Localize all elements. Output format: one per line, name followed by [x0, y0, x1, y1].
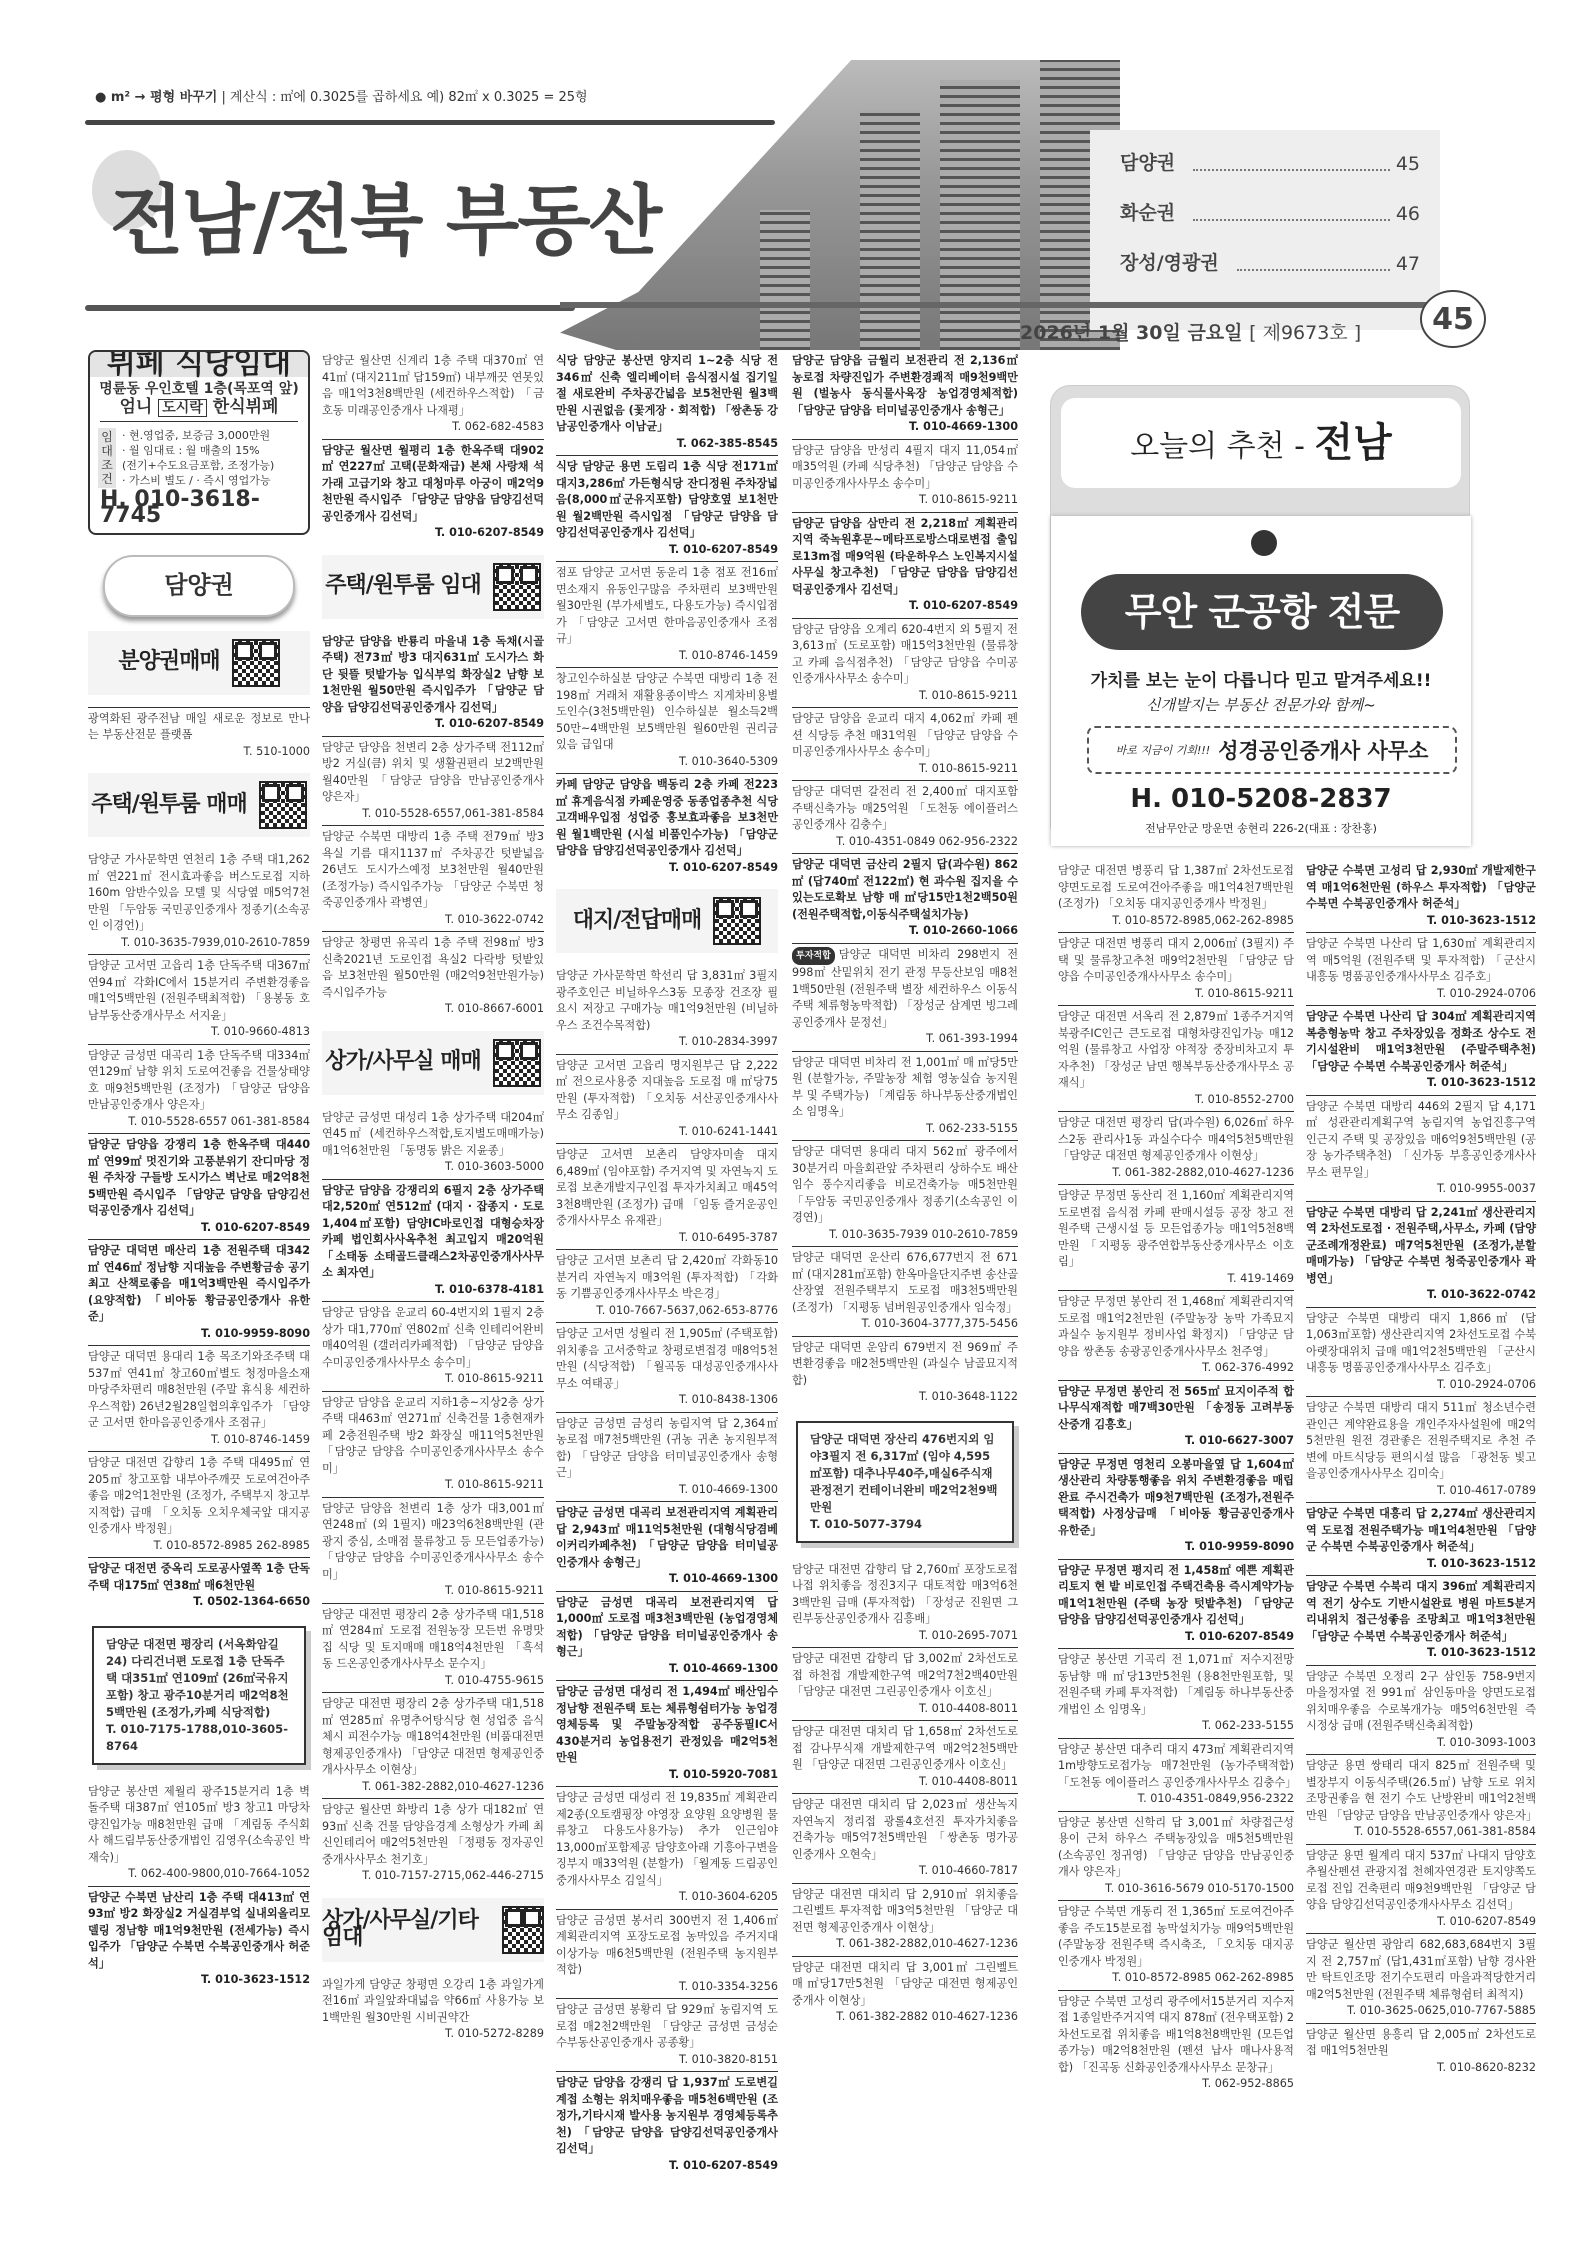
- listing-phone: T. 010-3635-7939 010-2610-7859: [792, 1227, 1018, 1244]
- listing: 담양군 대전면 대치리 답 3,001㎡ 그린벨트 매 ㎡당17만5천원 「담양…: [792, 1956, 1018, 2029]
- listing-phone: T. 010-3625-0625,010-7767-5885: [1306, 2003, 1536, 2020]
- listing-phone: T. 010-3604-3777,375-5456: [792, 1316, 1018, 1333]
- listing-text: 담양군 대전면 평장리 답(과수원) 6,026㎡ 하우스2동 관리사1동 과실…: [1058, 1116, 1294, 1162]
- listing-phone: T. 062-233-5155: [1058, 1718, 1294, 1735]
- listing-phone: T. 010-9959-8090: [1058, 1539, 1294, 1556]
- listing: 담양군 봉산면 제월리 광주15분거리 1층 벽돌주택 대387㎡ 연105㎡ …: [88, 1781, 310, 1886]
- listing-text: 담양군 고서면 보촌리 답 2,420㎡ 각화동10분거리 자연녹지 매3억원 …: [556, 1254, 778, 1300]
- listing-text: 담양군 대덕면 운산리 676,677번지 전 671㎡ (대지281㎡포함) …: [792, 1251, 1018, 1314]
- listing-phone: T. 010-5528-6557,061-381-8584: [1306, 1824, 1536, 1841]
- listing-phone: T. 010-3623-1512: [1306, 1556, 1536, 1573]
- boxed-listing: 담양군 대전면 평장리 (서옥화암길 24) 다리건너편 도로접 1층 단독주택…: [92, 1626, 306, 1765]
- date-rule: [560, 302, 1450, 308]
- pushpin-icon: [1251, 530, 1277, 556]
- listing-text: 담양군 무정면 동산리 전 1,160㎡ 계획관리지역 도로변접 음식점 카페 …: [1058, 1189, 1294, 1268]
- listing-text: 담양군 용면 월계리 대지 537㎡ 나대지 담양호 추월산펜션 관광지접 천혜…: [1306, 1849, 1536, 1912]
- listing: 담양군 용면 월계리 대지 537㎡ 나대지 담양호 추월산펜션 관광지접 천혜…: [1306, 1844, 1536, 1934]
- listing: 담양군 고서면 보촌리 담양자미솔 대지 6,489㎡ (임야포함) 주거지역 …: [556, 1143, 778, 1249]
- listing: 담양군 월산면 월평리 1층 한옥주택 대902㎡ 연227㎡ 고택(문화재급)…: [322, 439, 544, 545]
- listing: 식당 담양군 용면 도림리 1층 식당 전171㎡ 대지3,286㎡ 가든형식당…: [556, 455, 778, 561]
- header-rule: [85, 120, 775, 125]
- listing: 담양군 대전면 서옥리 전 2,879㎡ 1종주거지역 북광주IC인근 큰도로접…: [1058, 1005, 1294, 1111]
- listing-phone: T. 062-952-8865: [1058, 2076, 1294, 2093]
- listing: 담양군 대덕면 운암리 679번지 전 969㎡ 주변환경좋음 매2천5백만원 …: [792, 1336, 1018, 1409]
- listing: 담양군 대전면 대치리 답 1,658㎡ 2차선도로접 감나무식재 개발제한구역…: [792, 1720, 1018, 1793]
- listing-phone: T. 010-8615-9211: [322, 1583, 544, 1600]
- listing-text: 담양군 담양읍 운교리 지하1층~지상2층 상가 주택 대463㎡ 연271㎡ …: [322, 1396, 544, 1475]
- listing: 담양군 수북면 수북리 대지 396㎡ 계획관리지역 전기 상수도 기반시설완료…: [1306, 1575, 1536, 1665]
- recommend-ad: 오늘의 추천 - 전남 무안 군공항 전문 가치를 보는 눈이 다릅니다 믿고 …: [1050, 385, 1470, 845]
- buffet-phone: H. 010-3618-7745: [90, 488, 308, 533]
- listing: 담양군 금성면 대곡리 1층 단독주택 대334㎡ 연129㎡ 남향 위치 도로…: [88, 1044, 310, 1134]
- listing-phone: T. 010-6207-8549: [1058, 1629, 1294, 1646]
- listing-text: 담양군 대전면 갑향리 1층 주택 대495㎡ 연205㎡ 창고포함 내부아주깨…: [88, 1456, 310, 1535]
- listing-phone: T. 010-4408-8011: [792, 1774, 1018, 1791]
- listing: 담양군 대전면 병풍리 답 1,387㎡ 2차선도로접 양면도로접 도로여건아주…: [1058, 860, 1294, 932]
- listing: 담양군 무정면 평지리 전 1,458㎡ 예쁜 계획관리토지 현 밭 비로인접 …: [1058, 1559, 1294, 1649]
- listing-text: 담양군 금성면 대곡리 보전관리지역 계획관리 답 2,943㎡ 매11억5천만…: [556, 1506, 778, 1569]
- listing-text: 담양군 수북면 대방리 대지 1,866㎡ (답 1,063㎡포함) 생산관리지…: [1306, 1312, 1536, 1375]
- listing-phone: T. 010-9660-4813: [88, 1024, 310, 1041]
- listing: 담양군 대덕면 운산리 676,677번지 전 671㎡ (대지281㎡포함) …: [792, 1246, 1018, 1336]
- toc-item[interactable]: 담양권45: [1120, 148, 1420, 175]
- listing-phone: T. 010-6495-3787: [556, 1230, 778, 1247]
- listing: 담양군 대덕면 금산리 2필지 답(과수원) 862㎡ (답740㎡ 전122㎡…: [792, 853, 1018, 943]
- listing-phone: T. 010-8552-2700: [1058, 1092, 1294, 1109]
- listing: 담양군 대전면 평장리 2층 상가주택 대1,518㎡ 연285㎡ 유명추어탕식…: [322, 1692, 544, 1798]
- column-1: 뷔페 식당임대 명륜동 우인호텔 1층(목포역 앞) 엄니 도시락 한식뷔페 임…: [88, 350, 310, 1992]
- listing-text: 담양군 봉산면 제월리 광주15분거리 1층 벽돌주택 대387㎡ 연105㎡ …: [88, 1785, 310, 1864]
- listing-text: 담양군 대덕면 비차리 전 1,001㎡ 매 ㎡당5만원 (분할가능, 주말농장…: [792, 1056, 1018, 1119]
- qr-code-icon[interactable]: [259, 781, 307, 829]
- listing: 담양군 금성면 대성리 전 1,494㎡ 배산임수 정남향 전원주택 토는 체류…: [556, 1680, 778, 1786]
- listing-phone: T. 010-3623-1512: [1306, 1645, 1536, 1662]
- listing: 담양군 수북면 대방리 답 2,241㎡ 생산관리지역 2차선도로접 · 전원주…: [1306, 1201, 1536, 1307]
- listing: 점포 담양군 고서면 동운리 1층 점포 전16㎡ 면소재지 유동인구많음 주차…: [556, 561, 778, 667]
- listing: 담양군 무정면 봉안리 전 565㎡ 묘지이주적 합 나무식재적합 매7백30만…: [1058, 1380, 1294, 1453]
- listing-text: 담양군 고서면 고읍리 1층 단독주택 대367㎡ 연94㎡ 각화IC에서 15…: [88, 959, 310, 1022]
- listing-phone: T. 010-8572-8985,062-262-8985: [1058, 913, 1294, 930]
- listing-phone: T. 010-3622-0742: [322, 912, 544, 929]
- listing-text: 담양군 고서면 보촌리 담양자미솔 대지 6,489㎡ (임야포함) 주거지역 …: [556, 1148, 778, 1227]
- listing-text: 식당 담양군 용면 도림리 1층 식당 전171㎡ 대지3,286㎡ 가든형식당…: [556, 460, 778, 539]
- listing-phone: T. 010-6207-8549: [322, 525, 544, 542]
- listing: 담양군 무정면 영천리 오봉마을옆 답 1,604㎡ 생산관리 차량통행좋음 위…: [1058, 1453, 1294, 1559]
- listing: 담양군 대전면 대치리 답 2,023㎡ 생산녹지 자연녹지 정리접 광롤4호선…: [792, 1793, 1018, 1883]
- listing-phone: T. 010-6207-8549: [556, 2158, 778, 2175]
- listing: 담양군 가사문학면 연천리 1층 주택 대1,262㎡ 연221㎡ 전시효과좋음…: [88, 849, 310, 954]
- listing-text: 담양군 담양읍 운교리 대지 4,062㎡ 카페 펜션 식당등 추천 매31억원…: [792, 712, 1018, 758]
- listing-phone: T. 010-3820-8151: [556, 2052, 778, 2069]
- listing: 담양군 수북면 대방리 대지 1,866㎡ (답 1,063㎡포함) 생산관리지…: [1306, 1307, 1536, 1397]
- listing: 담양군 담양읍 강쟁리외 6필지 2층 상가주택 대2,520㎡ 연512㎡ (…: [322, 1179, 544, 1302]
- listing-phone: T. 010-6207-8549: [792, 598, 1018, 615]
- cond-item: · 월 임대료 : 월 매출의 15%: [122, 443, 274, 458]
- cond-item: (전기+수도요금포함, 조정가능): [122, 458, 274, 473]
- listing-phone: T. 010-3616-5679 010-5170-1500: [1058, 1881, 1294, 1898]
- listing-text: 담양군 대전면 대치리 답 3,001㎡ 그린벨트 매 ㎡당17만5천원 「담양…: [792, 1961, 1018, 2007]
- listing-phone: T. 010-5272-8289: [322, 2026, 544, 2043]
- listing-phone: T. 010-2660-1066: [792, 923, 1018, 940]
- column-3: 식당 담양군 봉산면 양지리 1~2층 식당 전346㎡ 신축 엘리베이터 음식…: [556, 350, 778, 2177]
- listing: 투자적합담양군 대덕면 비차리 298번지 전 998㎡ 산밑위치 전기 관정 …: [792, 943, 1018, 1051]
- listing: 담양군 금성면 대성리 전 19,835㎡ 계획관리제2종(오토캠핑장 야영장 …: [556, 1786, 778, 1909]
- column-2: 담양군 월산면 신계리 1층 주택 대370㎡ 연41㎡ (대지211㎡ 답15…: [322, 350, 544, 2046]
- listing-text: 담양군 수북면 개동리 전 1,365㎡ 도로여건아주좋음 주도15분로접 농막…: [1058, 1905, 1294, 1968]
- listing-phone: T. 010-3623-1512: [1306, 913, 1536, 930]
- recommend-slogan: 가치를 보는 눈이 다릅니다 믿고 맡겨주세요!!: [1051, 666, 1471, 691]
- investment-badge: 투자적합: [792, 947, 835, 966]
- listing-phone: T. 061-382-2882 010-4627-1236: [792, 2009, 1018, 2026]
- listing-phone: T. 010-3604-6205: [556, 1889, 778, 1906]
- listing-text: 담양군 대전면 평장리 2층 상가주택 대1,518㎡ 연285㎡ 유명추어탕식…: [322, 1697, 544, 1776]
- listing-phone: T. 010-4669-1300: [556, 1661, 778, 1678]
- listing-text: 담양군 금성면 대성리 1층 상가주택 대204㎡ 연45㎡ (세컨하우스적합,…: [322, 1111, 544, 1157]
- listing: 카페 담양군 담양읍 백동리 2층 카페 전223㎡ 휴게음식점 카페운영중 동…: [556, 773, 778, 879]
- listing: 담양군 대전면 대치리 답 2,910㎡ 위치좋음 그린벨트 투자적합 매3억5…: [792, 1883, 1018, 1956]
- listing-text: 담양군 봉산면 대추리 대지 473㎡ 계획관리지역 1m방향도로접가능 매7천…: [1058, 1743, 1296, 1789]
- listing-text: 담양군 가사문학면 연천리 1층 주택 대1,262㎡ 연221㎡ 전시효과좋음…: [88, 853, 310, 932]
- section-header-shop-rent: 상가/사무실/기타임대: [322, 1898, 544, 1962]
- listing-phone: T. 010-8746-1459: [88, 1432, 310, 1449]
- listing-phone: T. 010-8572-8985 262-8985: [88, 1538, 310, 1555]
- listing-text: 담양군 월산면 화방리 1층 상가 대182㎡ 연93㎡ 신축 건물 담양읍경계…: [322, 1803, 544, 1866]
- section-header-house-sale: 주택/원투룸 매매: [88, 773, 310, 837]
- listing-text: 담양군 담양읍 운교리 60-4번지외 1필지 2층 상가 대1,770㎡ 연8…: [322, 1306, 544, 1369]
- listing-phone: T. 010-3623-1512: [1306, 1075, 1536, 1092]
- listing: 담양군 담양읍 운교리 60-4번지외 1필지 2층 상가 대1,770㎡ 연8…: [322, 1301, 544, 1391]
- section-header-house-rent: 주택/원투룸 임대: [322, 555, 544, 619]
- listing: 담양군 수북면 오정리 2구 삼인동 758-9번지 마을정자옆 전 991㎡ …: [1306, 1665, 1536, 1755]
- listing-text: 담양군 금성면 봉황리 답 929㎡ 농림지역 도로접 매2천2백만원 「담양군…: [556, 2003, 778, 2049]
- listing-phone: T. 010-6378-4181: [322, 1282, 544, 1299]
- listing-text: 담양군 담양읍 만성리 4필지 대지 11,054㎡ 매35억원 (카페 식당추…: [792, 444, 1018, 490]
- listing: 담양군 금성면 봉서리 300번지 전 1,406㎡ 계획관리지역 포장도로접 …: [556, 1909, 778, 1999]
- qr-code-icon[interactable]: [493, 1039, 541, 1087]
- listing-text: 담양군 대덕면 갈전리 전 2,400㎡ 대지포함 주택신축가능 매25억원 「…: [792, 785, 1018, 831]
- listing-phone: T. 010-8746-1459: [556, 648, 778, 665]
- listing-text: 창고인수하실분 담양군 수북면 대방리 1층 전198㎡ 거래처 재활용종이박스…: [556, 672, 778, 751]
- listing-phone: T. 061-382-2882,010-4627-1236: [1058, 1165, 1294, 1182]
- listing-text: 담양군 수북면 대방리 답 2,241㎡ 생산관리지역 2차선도로접 · 전원주…: [1306, 1206, 1536, 1285]
- listing-text: 담양군 대전면 갑향리 답 2,760㎡ 포장도로접 나접 위치좋음 정진3지구…: [792, 1563, 1018, 1626]
- recommend-banner: 무안 군공항 전문: [1081, 574, 1443, 650]
- qr-code-icon[interactable]: [502, 1906, 544, 1954]
- listing-phone: T. 010-6207-8549: [556, 860, 778, 877]
- listing-text: 담양군 무정면 봉안리 전 1,468㎡ 계획관리지역 도로접 매1억2천만원 …: [1058, 1295, 1294, 1358]
- listing: 담양군 금성면 금성리 농림지역 답 2,364㎡ 농로접 매7천5백만원 (귀…: [556, 1412, 778, 1502]
- listing: 담양군 수북면 대방리 대지 511㎡ 청소년수련관인근 계약완료용을 개인주자…: [1306, 1396, 1536, 1502]
- listing-phone: T. 062-682-4583: [322, 419, 544, 436]
- listing: 담양군 담양읍 금월리 보전관리 전 2,136㎡ 농로접 차량진입가 주변환경…: [792, 350, 1018, 439]
- listing: 담양군 담양읍 천변리 2층 상가주택 전112㎡ 방2 거실(큼) 위치 및 …: [322, 736, 544, 826]
- listing-phone: T. 010-3648-1122: [792, 1389, 1018, 1406]
- toc-item[interactable]: 화순권46: [1120, 198, 1420, 225]
- listing: 담양군 월산면 화방리 1층 상가 대182㎡ 연93㎡ 신축 건물 담양읍경계…: [322, 1798, 544, 1888]
- listing-phone: T. 010-7667-5637,062-653-8776: [556, 1303, 778, 1320]
- listing: 담양군 대전면 갑향리 답 2,760㎡ 포장도로접 나접 위치좋음 정진3지구…: [792, 1559, 1018, 1648]
- listing-phone: T. 010-4660-7817: [792, 1863, 1018, 1880]
- listing-text: 담양군 금성면 대성리 전 1,494㎡ 배산임수 정남향 전원주택 토는 체류…: [556, 1685, 778, 1764]
- listing-text: 담양군 용면 쌍태리 대지 825㎡ 전원주택 및 별장부지 이동식주택(26.…: [1306, 1759, 1537, 1822]
- listing: 담양군 수북면 개동리 전 1,365㎡ 도로여건아주좋음 주도15분로접 농막…: [1058, 1900, 1294, 1990]
- listing: 담양군 고서면 성월리 전 1,905㎡ (주택포함) 위치좋음 고서중학교 창…: [556, 1322, 778, 1412]
- listing: 담양군 고서면 보촌리 답 2,420㎡ 각화동10분거리 자연녹지 매3억원 …: [556, 1249, 778, 1322]
- page-title: 전남/전북 부동산: [110, 160, 660, 269]
- recommend-subslogan: 신개발지는 부동산 전문가와 함께~: [1051, 694, 1471, 715]
- listing: 담양군 대전면 평장리 2층 상가주택 대1,518㎡ 연284㎡ 도로접 전원…: [322, 1603, 544, 1693]
- listing-phone: T. 010-7157-2715,062-446-2715: [322, 1868, 544, 1885]
- listing-text: 담양군 대덕면 매산리 1층 전원주택 대342㎡ 연46㎡ 정남향 지대높음 …: [88, 1244, 310, 1323]
- listing-phone: T. 010-6241-1441: [556, 1124, 778, 1141]
- listing-text: 담양군 대전면 중옥리 도로공사옆쪽 1층 단독주택 대175㎡ 연38㎡ 매6…: [88, 1562, 310, 1592]
- page-number: 45: [1420, 290, 1486, 348]
- listing-text: 담양군 고서면 고읍리 명지원부근 답 2,222㎡ 전으로사용중 지대높음 도…: [556, 1059, 778, 1122]
- listing-text: 담양군 담양읍 강쟁리 답 1,937㎡ 도로변길 계접 소형는 위치매우좋음 …: [556, 2076, 778, 2155]
- listing: 담양군 용면 쌍태리 대지 825㎡ 전원주택 및 별장부지 이동식주택(26.…: [1306, 1754, 1536, 1844]
- listing-phone: T. 010-4351-0849 062-956-2322: [792, 834, 1018, 851]
- listing-phone: T. 010-8615-9211: [1058, 986, 1294, 1003]
- listing-phone: T. 010-2695-7071: [792, 1628, 1018, 1645]
- cond-tag: 임대조건: [98, 428, 116, 488]
- listing: 담양군 담양읍 삼만리 전 2,218㎡ 계획관리지역 죽녹원후문~메타프로방스…: [792, 512, 1018, 618]
- listing-text: 담양군 대덕면 용대리 대지 562㎡ 광주에서 30분거리 마을회관앞 주차편…: [792, 1145, 1018, 1224]
- cond-item: · 현.영업중, 보증금 3,000만원: [122, 428, 274, 443]
- listing-text: 담양군 담양읍 오계리 620-4번지 외 5필지 전 3,613㎡ (도로포함…: [792, 623, 1018, 686]
- listing: 담양군 대전면 갑향리 1층 주택 대495㎡ 연205㎡ 창고포함 내부아주깨…: [88, 1451, 310, 1557]
- conversion-note: ● m² → 평형 바꾸기 | 계산식 : ㎡에 0.3025를 곱하세요 예)…: [95, 86, 588, 105]
- listing-phone: T. 010-4617-0789: [1306, 1483, 1536, 1500]
- listing: 담양군 창평면 유곡리 1층 주택 전98㎡ 방3 신축2021년 도로인접 욕…: [322, 931, 544, 1021]
- listing: 담양군 담양읍 운교리 대지 4,062㎡ 카페 펜션 식당등 추천 매31억원…: [792, 707, 1018, 780]
- qr-code-icon[interactable]: [713, 897, 761, 945]
- listing: 담양군 수북면 대흥리 답 2,274㎡ 생산관리지역 도로접 전원주택가능 매…: [1306, 1502, 1536, 1575]
- listing-phone: T. 010-4408-8011: [792, 1701, 1018, 1718]
- listing-text: 담양군 금성면 봉서리 300번지 전 1,406㎡ 계획관리지역 포장도로접 …: [556, 1914, 778, 1977]
- listing-phone: T. 062-376-4992: [1058, 1360, 1294, 1377]
- listing-phone: T. 010-8615-9211: [792, 492, 1018, 509]
- column-5: 담양군 대전면 병풍리 답 1,387㎡ 2차선도로접 양면도로접 도로여건아주…: [1058, 860, 1294, 2096]
- listing-phone: T. 061-382-2882,010-4627-1236: [792, 1936, 1018, 1953]
- listing-text: 담양군 대전면 병풍리 답 1,387㎡ 2차선도로접 양면도로접 도로여건아주…: [1058, 864, 1294, 910]
- listing-phone: T. 061-393-1994: [792, 1031, 1018, 1048]
- listing-text: 담양군 담양읍 강쟁리외 6필지 2층 상가주택 대2,520㎡ 연512㎡ (…: [322, 1184, 544, 1280]
- listing-phone: T. 010-8572-8985 062-262-8985: [1058, 1970, 1294, 1987]
- listing-text: 담양군 수북면 대방리 446외 2필지 답 4,171㎡ 성관관리계획구역 농…: [1306, 1100, 1536, 1179]
- listing: 담양군 금성면 대성리 1층 상가주택 대204㎡ 연45㎡ (세컨하우스적합,…: [322, 1107, 544, 1179]
- listing-phone: T. 010-4755-9615: [322, 1673, 544, 1690]
- listing-phone: T. 010-6207-8549: [556, 542, 778, 559]
- listing-phone: T. 0502-1364-6650: [88, 1594, 310, 1611]
- listing: 담양군 무정면 동산리 전 1,160㎡ 계획관리지역 도로변접 음식점 카페 …: [1058, 1184, 1294, 1290]
- listing-text: 담양군 무정면 봉안리 전 565㎡ 묘지이주적 합 나무식재적합 매7백30만…: [1058, 1385, 1294, 1431]
- qr-code-icon[interactable]: [493, 563, 541, 611]
- qr-code-icon[interactable]: [232, 639, 280, 687]
- listing-phone: T. 010-6627-3007: [1058, 1433, 1294, 1450]
- listing-text: 담양군 금성면 대곡리 1층 단독주택 대334㎡ 연129㎡ 남향 위치 도로…: [88, 1049, 310, 1112]
- listing-text: 담양군 대덕면 금산리 2필지 답(과수원) 862㎡ (답740㎡ 전122㎡…: [792, 858, 1018, 921]
- listing-text: 담양군 고서면 성월리 전 1,905㎡ (주택포함) 위치좋음 고서중학교 창…: [556, 1327, 778, 1390]
- listing-phone: T. 010-5528-6557 061-381-8584: [88, 1114, 310, 1131]
- listing-phone: T. 010-8667-6001: [322, 1001, 544, 1018]
- listing: 담양군 고서면 고읍리 명지원부근 답 2,222㎡ 전으로사용중 지대높음 도…: [556, 1054, 778, 1144]
- listing-text: 담양군 담양읍 반룡리 마을내 1층 독채(시골주택) 전73㎡ 방3 대지63…: [322, 635, 544, 714]
- listing-text: 담양군 수북면 대방리 1층 주택 전79㎡ 방3 욕실 기름 대지1137㎡ …: [322, 830, 544, 909]
- column-6: 담양군 수북면 고성리 답 2,930㎡ 개발제한구역 매1억6천만원 (하우스…: [1306, 860, 1536, 2079]
- listing-phone: T. 010-8615-9211: [792, 688, 1018, 705]
- listing-phone: T. 010-4669-1300: [556, 1571, 778, 1588]
- listing-text: 담양군 대전면 대치리 답 2,023㎡ 생산녹지 자연녹지 정리접 광롤4호선…: [792, 1798, 1018, 1861]
- listing: 담양군 대덕면 비차리 전 1,001㎡ 매 ㎡당5만원 (분할가능, 주말농장…: [792, 1051, 1018, 1141]
- listing: 담양군 봉산면 기곡리 전 1,071㎡ 저수지전망 동남향 매 ㎡당13만5천…: [1058, 1648, 1294, 1738]
- office-box: 바로 지금이 기회!!!성경공인중개사 사무소: [1087, 726, 1457, 774]
- listing: 담양군 담양읍 강쟁리 답 1,937㎡ 도로변길 계접 소형는 위치매우좋음 …: [556, 2071, 778, 2177]
- listing-text: 담양군 담양읍 강쟁리 1층 한옥주택 대440㎡ 연99㎡ 멋진기와 고풍분위…: [88, 1138, 310, 1217]
- listing-text: 담양군 금성면 대곡리 보전관리지역 답 1,000㎡ 도로접 매3천3백만원 …: [556, 1596, 778, 1659]
- listing: 담양군 월산면 용흥리 답 2,005㎡ 2차선도로접 매1억5천만원T. 01…: [1306, 2023, 1536, 2080]
- listing: 담양군 수북면 대방리 1층 주택 전79㎡ 방3 욕실 기름 대지1137㎡ …: [322, 825, 544, 931]
- boxed-listing: 담양군 대덕면 장산리 476번지외 임야3필지 전 6,317㎡ (임야 4,…: [796, 1421, 1014, 1543]
- listing-phone: T. 010-9955-0037: [1306, 1181, 1536, 1198]
- recommend-board: 무안 군공항 전문 가치를 보는 눈이 다릅니다 믿고 맡겨주세요!! 신개발지…: [1051, 516, 1471, 846]
- listing-phone: T. 010-2924-0706: [1306, 1377, 1536, 1394]
- listing: 담양군 수북면 고성리 답 2,930㎡ 개발제한구역 매1억6천만원 (하우스…: [1306, 860, 1536, 932]
- listing: 담양군 담양읍 오계리 620-4번지 외 5필지 전 3,613㎡ (도로포함…: [792, 618, 1018, 708]
- listing-text: 담양군 무정면 평지리 전 1,458㎡ 예쁜 계획관리토지 현 밭 비로인접 …: [1058, 1564, 1294, 1627]
- buffet-brand: 엄니 도시락 한식뷔페: [100, 397, 298, 422]
- listing-text: 담양군 대덕면 운암리 679번지 전 969㎡ 주변환경좋음 매2천5백만원 …: [792, 1341, 1018, 1387]
- listing-text: 담양군 담양읍 천변리 2층 상가주택 전112㎡ 방2 거실(큼) 위치 및 …: [322, 741, 544, 804]
- listing-text: 담양군 수북면 고성리 답 2,930㎡ 개발제한구역 매1억6천만원 (하우스…: [1306, 864, 1536, 910]
- office-phone: H. 010-5208-2837: [1051, 784, 1471, 814]
- listing-phone: T. 010-5920-7081: [556, 1767, 778, 1784]
- listing: 담양군 담양읍 반룡리 마을내 1층 독채(시골주택) 전73㎡ 방3 대지63…: [322, 631, 544, 736]
- listing-text: 담양군 봉산면 기곡리 전 1,071㎡ 저수지전망 동남향 매 ㎡당13만5천…: [1058, 1653, 1294, 1716]
- listing: 담양군 월산면 신계리 1층 주택 대370㎡ 연41㎡ (대지211㎡ 답15…: [322, 350, 544, 439]
- listing-text: 담양군 대전면 병풍리 대지 2,006㎡ (3필지) 주택 및 물류창고추천 …: [1058, 937, 1294, 983]
- listing: 담양군 금성면 봉황리 답 929㎡ 농림지역 도로접 매2천2백만원 「담양군…: [556, 1998, 778, 2071]
- section-header-shop-sale: 상가/사무실 매매: [322, 1031, 544, 1095]
- listing-text: 담양군 수북면 나산리 답 1,630㎡ 계획관리지역 매5억원 (전원주택 및…: [1306, 937, 1536, 983]
- listing: 담양군 수북면 나산리 답 304㎡ 계획관리지역 복층형농막 창고 주차장있음…: [1306, 1005, 1536, 1095]
- listing-text: 담양군 월산면 신계리 1층 주택 대370㎡ 연41㎡ (대지211㎡ 답15…: [322, 354, 544, 417]
- listing: 담양군 대덕면 용대리 1층 목조기와조주택 대537㎡ 연41㎡ 창고60㎡별…: [88, 1345, 310, 1451]
- listing-phone: T. 062-400-9800,010-7664-1052: [88, 1866, 310, 1883]
- listing: 담양군 수북면 남산리 1층 주택 대413㎡ 연93㎡ 방2 화장실2 거실겸…: [88, 1886, 310, 1992]
- listing-phone: T. 010-3640-5309: [556, 754, 778, 771]
- listing-phone: T. 010-6207-8549: [88, 1220, 310, 1237]
- listing-text: 담양군 창평면 유곡리 1층 주택 전98㎡ 방3 신축2021년 도로인접 욕…: [322, 936, 544, 999]
- listing: 담양군 월산면 광암리 682,683,684번지 3필지 전 2,757㎡ (…: [1306, 1933, 1536, 2023]
- listing-text: 담양군 수북면 수북리 대지 396㎡ 계획관리지역 전기 상수도 기반시설완료…: [1306, 1580, 1536, 1643]
- listing-phone: T. 010-3623-1512: [88, 1972, 310, 1989]
- listing-text: 담양군 대전면 대치리 답 2,910㎡ 위치좋음 그린벨트 투자적합 매3억5…: [792, 1888, 1018, 1934]
- listing-phone: T. 010-8615-9211: [792, 761, 1018, 778]
- listing-text: 담양군 금성면 금성리 농림지역 답 2,364㎡ 농로접 매7천5백만원 (귀…: [556, 1417, 778, 1480]
- listing: 담양군 고서면 고읍리 1층 단독주택 대367㎡ 연94㎡ 각화IC에서 15…: [88, 954, 310, 1044]
- listing: 담양군 대덕면 용대리 대지 562㎡ 광주에서 30분거리 마을회관앞 주차편…: [792, 1140, 1018, 1246]
- listing-text: 담양군 수북면 남산리 1층 주택 대413㎡ 연93㎡ 방2 화장실2 거실겸…: [88, 1891, 310, 1970]
- listing-phone: T. 010-8615-9211: [322, 1371, 544, 1388]
- listing-phone: T. 010-6207-8549: [1306, 1914, 1536, 1931]
- listing-text: 식당 담양군 봉산면 양지리 1~2층 식당 전346㎡ 신축 엘리베이터 음식…: [556, 354, 778, 433]
- listing: 담양군 대전면 평장리 답(과수원) 6,026㎡ 하우스2동 관리사1동 과실…: [1058, 1111, 1294, 1184]
- listing-phone: T. 010-3635-7939,010-2610-7859: [88, 935, 310, 952]
- listing: 담양군 금성면 대곡리 보전관리지역 답 1,000㎡ 도로접 매3천3백만원 …: [556, 1591, 778, 1681]
- listing-text: 담양군 가사문학면 학선리 답 3,831㎡ 3필지 광주호인근 비닐하우스3동…: [556, 969, 778, 1032]
- listing: 담양군 대전면 병풍리 대지 2,006㎡ (3필지) 주택 및 물류창고추천 …: [1058, 932, 1294, 1005]
- listing-text: 담양군 대전면 대치리 답 1,658㎡ 2차선도로접 감나무식재 개발제한구역…: [792, 1725, 1018, 1771]
- buffet-title: 뷔페 식당임대: [90, 352, 308, 377]
- rent-conditions: 임대조건 · 현.영업중, 보증금 3,000만원 · 월 임대료 : 월 매출…: [90, 422, 308, 488]
- listing-phone: T. 010-2834-3997: [556, 1034, 778, 1051]
- section-header-land-sale: 대지/전답매매: [556, 889, 778, 953]
- listing: 담양군 봉산면 대추리 대지 473㎡ 계획관리지역 1m방향도로접가능 매7천…: [1058, 1738, 1294, 1811]
- header-rule-bottom: [85, 305, 575, 311]
- listing-phone: T. 010-5528-6557,061-381-8584: [322, 806, 544, 823]
- listing-phone: T. 010-8620-8232: [1306, 2060, 1536, 2077]
- listing: 담양군 대전면 갑향리 답 3,002㎡ 2차선도로접 하천접 개발제한구역 매…: [792, 1647, 1018, 1720]
- listing-text: 담양군 수북면 고성리 광주에서15분거리 지수저접 1종일반주거지역 대지 8…: [1058, 1995, 1294, 2074]
- listing-text: 담양군 대전면 서옥리 전 2,879㎡ 1종주거지역 북광주IC인근 큰도로접…: [1058, 1010, 1294, 1089]
- listing: 담양군 담양읍 강쟁리 1층 한옥주택 대440㎡ 연99㎡ 멋진기와 고풍분위…: [88, 1133, 310, 1239]
- region-button-damyang[interactable]: 담양권: [103, 555, 295, 617]
- listing: 담양군 수북면 대방리 446외 2필지 답 4,171㎡ 성관관리계획구역 농…: [1306, 1095, 1536, 1201]
- listing-phone: T. 062-233-5155: [792, 1121, 1018, 1138]
- listing-phone: T. 010-3354-3256: [556, 1979, 778, 1996]
- listing: 담양군 대전면 중옥리 도로공사옆쪽 1층 단독주택 대175㎡ 연38㎡ 매6…: [88, 1557, 310, 1614]
- section-header-presale: 분양권매매: [88, 631, 310, 695]
- listing: 담양군 대덕면 갈전리 전 2,400㎡ 대지포함 주택신축가능 매25억원 「…: [792, 780, 1018, 853]
- listing-text: 담양군 금성면 대성리 전 19,835㎡ 계획관리제2종(오토캠핑장 야영장 …: [556, 1791, 778, 1887]
- listing: 담양군 봉산면 신학리 답 3,001㎡ 차량접근성 용이 근처 하우스 주택농…: [1058, 1811, 1294, 1901]
- listing: 담양군 금성면 대곡리 보전관리지역 계획관리 답 2,943㎡ 매11억5천만…: [556, 1501, 778, 1591]
- cond-item: · 가스비 별도 / · 즉시 영업가능: [122, 473, 274, 488]
- listing-text: 담양군 대전면 갑향리 답 3,002㎡ 2차선도로접 하천접 개발제한구역 매…: [792, 1652, 1018, 1698]
- listing-text: 과일가게 담양군 창평면 오강리 1층 과일가게 전16㎡ 과일앞좌대넓음 약6…: [322, 1978, 544, 2024]
- listing-text: 담양군 담양읍 천변리 1층 상가 대3,001㎡ 연248㎡ (외 1필지) …: [322, 1502, 544, 1581]
- buffet-ad: 뷔페 식당임대 명륜동 우인호텔 1층(목포역 앞) 엄니 도시락 한식뷔페 임…: [88, 350, 310, 535]
- listing-text: 담양군 무정면 영천리 오봉마을옆 답 1,604㎡ 생산관리 차량통행좋음 위…: [1058, 1458, 1294, 1537]
- listing: 담양군 담양읍 만성리 4필지 대지 11,054㎡ 매35억원 (카페 식당추…: [792, 439, 1018, 512]
- listing-text: 카페 담양군 담양읍 백동리 2층 카페 전223㎡ 휴게음식점 카페운영중 동…: [556, 778, 778, 857]
- listing: 담양군 담양읍 운교리 지하1층~지상2층 상가 주택 대463㎡ 연271㎡ …: [322, 1391, 544, 1497]
- listing-phone: T. 010-9959-8090: [88, 1326, 310, 1343]
- listing: 담양군 무정면 봉안리 전 1,468㎡ 계획관리지역 도로접 매1억2천만원 …: [1058, 1290, 1294, 1380]
- listing-text: 담양군 수북면 대방리 대지 511㎡ 청소년수련관인근 계약완료용을 개인주자…: [1306, 1401, 1536, 1480]
- listing-text: 담양군 대덕면 용대리 1층 목조기와조주택 대537㎡ 연41㎡ 창고60㎡별…: [88, 1350, 310, 1429]
- listing-text: 점포 담양군 고서면 동운리 1층 점포 전16㎡ 면소재지 유동인구많음 주차…: [556, 566, 778, 645]
- listing-text: 담양군 담양읍 금월리 보전관리 전 2,136㎡ 농로접 차량진입가 주변환경…: [792, 354, 1018, 417]
- listing-text: 담양군 수북면 나산리 답 304㎡ 계획관리지역 복층형농막 창고 주차장있음…: [1306, 1010, 1536, 1073]
- office-address: 전남무안군 망운면 송현리 226-2(대표 : 장찬홍): [1051, 820, 1471, 836]
- listing-phone: T. 010-4669-1300: [792, 419, 1018, 436]
- listing-text: 담양군 수북면 오정리 2구 삼인동 758-9번지 마을정자옆 전 991㎡ …: [1306, 1670, 1536, 1733]
- listing-phone: T. 010-3093-1003: [1306, 1735, 1536, 1752]
- issue-date: 2026년 1월 30일 금요일 [ 제9673호 ]: [1020, 318, 1361, 345]
- toc-item[interactable]: 장성/영광권47: [1120, 248, 1420, 275]
- listing-text: 담양군 월산면 광암리 682,683,684번지 3필지 전 2,757㎡ (…: [1306, 1938, 1536, 2001]
- listing: 담양군 수북면 고성리 광주에서15분거리 지수저접 1종일반주거지역 대지 8…: [1058, 1990, 1294, 2096]
- listing-phone: T. 010-8438-1306: [556, 1392, 778, 1409]
- table-of-contents: 담양권45 화순권46 장성/영광권47: [1090, 130, 1440, 330]
- listing: 식당 담양군 봉산면 양지리 1~2층 식당 전346㎡ 신축 엘리베이터 음식…: [556, 350, 778, 455]
- listing-phone: T. 010-4351-0849,956-2322: [1058, 1791, 1294, 1808]
- listing: 담양군 가사문학면 학선리 답 3,831㎡ 3필지 광주호인근 비닐하우스3동…: [556, 965, 778, 1054]
- listing-phone: T. 419-1469: [1058, 1271, 1294, 1288]
- listing: 광역화된 광주전남 매일 새로운 정보로 만나는 부동산전문 플랫폼 T. 51…: [88, 707, 310, 764]
- listing-text: 담양군 월산면 월평리 1층 한옥주택 대902㎡ 연227㎡ 고택(문화재급)…: [322, 444, 544, 523]
